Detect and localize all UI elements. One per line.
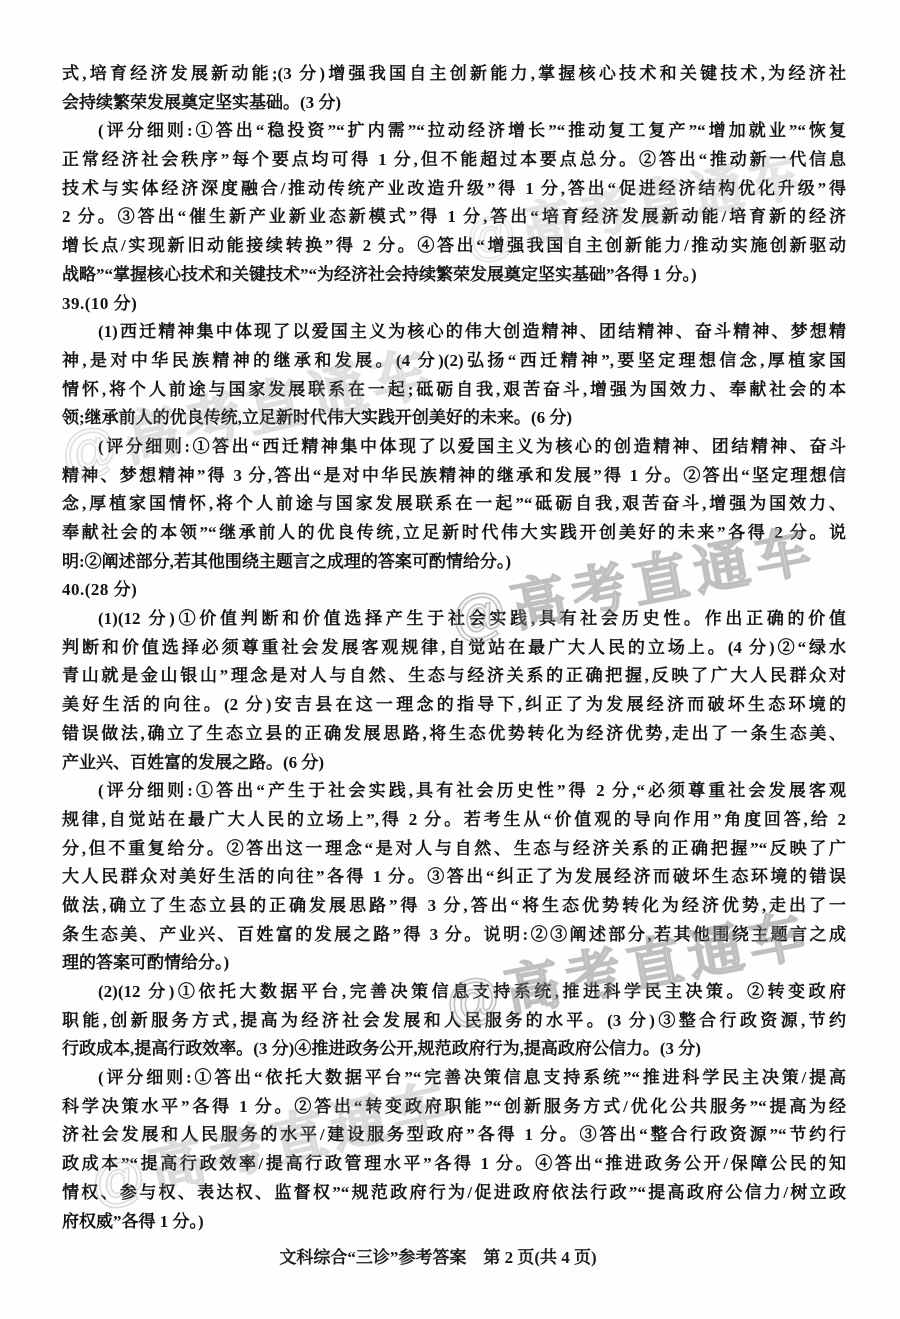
- answer-line: 判断和价值选择必须尊重社会发展客观规律,自觉站在最广大人民的立场上。(4 分)②…: [62, 634, 846, 663]
- answer-line: 情怀,将个人前途与国家发展联系在一起;砥砺自我,艰苦奋斗,增强为国效力、奉献社会…: [62, 376, 846, 405]
- answer-line: 行政成本,提高行政效率。(3 分)④推进政务公开,规范政府行为,提高政府公信力。…: [62, 1035, 846, 1064]
- scoring-rubric-line: 政成本”“提高行政效率/提高行政管理水平”各得 1 分。④答出“推进政务公开/保…: [62, 1150, 846, 1179]
- scoring-rubric-line: 战略”“掌握核心技术和关键技术”“为经济社会持续繁荣发展奠定坚实基础”各得 1 …: [62, 261, 846, 290]
- scoring-rubric-line: 大人民群众对美好生活的向往”各得 1 分。③答出“纠正了为发展经济而破坏生态环境…: [62, 863, 846, 892]
- scoring-rubric-line: (评分细则:①答出“依托大数据平台”“完善决策信息支持系统”“推进科学民主决策/…: [62, 1064, 846, 1093]
- scoring-rubric-line: 精神、梦想精神”得 3 分,答出“是对中华民族精神的继承和发展”得 1 分。②答…: [62, 462, 846, 491]
- answer-line: (1)(12 分)①价值判断和价值选择产生于社会实践,具有社会历史性。作出正确的…: [62, 605, 846, 634]
- scoring-rubric-line: 明:②阐述部分,若其他围绕主题言之成理的答案可酌情给分。): [62, 548, 846, 577]
- answer-line: 会持续繁荣发展奠定坚实基础。(3 分): [62, 89, 846, 118]
- scoring-rubric-line: 规律,自觉站在最广大人民的立场上”,得 2 分。若考生从“价值观的导向作用”角度…: [62, 806, 846, 835]
- scoring-rubric-line: (评分细则:①答出“产生于社会实践,具有社会历史性”得 2 分,“必须尊重社会发…: [62, 777, 846, 806]
- scoring-rubric-line: 奉献社会的本领”“继承前人的优良传统,立足新时代伟大实践开创美好的未来”各得 2…: [62, 519, 846, 548]
- answer-line: 职能,创新服务方式,提高为经济社会发展和人民服务的水平。(3 分)③整合行政资源…: [62, 1007, 846, 1036]
- answer-line: 美好生活的向往。(2 分)安吉县在这一理念的指导下,纠正了为发展经济而破坏生态环…: [62, 691, 846, 720]
- scoring-rubric-line: 分,但不重复给分。②答出这一理念“是对人与自然、生态与经济关系的正确把握”“反映…: [62, 835, 846, 864]
- scoring-rubric-line: 情权、参与权、表达权、监督权”“规范政府行为/促进政府依法行政”“提高政府公信力…: [62, 1179, 846, 1208]
- scoring-rubric-line: 做法,确立了生态立县的正确发展思路”得 3 分,答出“将生态优势转化为经济优势,…: [62, 892, 846, 921]
- scoring-rubric-line: (评分细则:①答出“稳投资”“扩内需”“拉动经济增长”“推动复工复产”“增加就业…: [62, 117, 846, 146]
- scoring-rubric-line: 技术与实体经济深度融合/推动传统产业改造升级”得 1 分,答出“促进经济结构优化…: [62, 175, 846, 204]
- scoring-rubric-line: 念,厚植家国情怀,将个人前途与国家发展联系在一起”“砥砺自我,艰苦奋斗,增强为国…: [62, 490, 846, 519]
- answer-line: 青山就是金山银山”理念是对人与自然、生态与经济关系的正确把握,反映了广大人民群众…: [62, 662, 846, 691]
- question-40-number: 40.(28 分): [62, 576, 846, 605]
- exam-answer-page: 式,培育经济发展新动能;(3 分)增强我国自主创新能力,掌握核心技术和关键技术,…: [0, 0, 900, 1319]
- scoring-rubric-line: 济社会发展和人民服务的水平/建设服务型政府”各得 1 分。③答出“整合行政资源”…: [62, 1121, 846, 1150]
- answer-line: 领;继承前人的优良传统,立足新时代伟大实践开创美好的未来。(6 分): [62, 404, 846, 433]
- answer-line: 神,是对中华民族精神的继承和发展。(4 分)(2)弘扬“西迁精神”,要坚定理想信…: [62, 347, 846, 376]
- page-footer: 文科综合“三诊”参考答案 第 2 页(共 4 页): [0, 1243, 888, 1268]
- scoring-rubric-line: 理的答案可酌情给分。): [62, 949, 846, 978]
- scoring-rubric-line: 增长点/实现新旧动能接续转换”得 2 分。④答出“增强我国自主创新能力/推动实施…: [62, 232, 846, 261]
- answer-line: 产业兴、百姓富的发展之路。(6 分): [62, 749, 846, 778]
- scoring-rubric-line: 2 分。③答出“催生新产业新业态新模式”得 1 分,答出“培育经济发展新动能/培…: [62, 203, 846, 232]
- answer-line: 错误做法,确立了生态立县的正确发展思路,将生态优势转化为经济优势,走出了一条生态…: [62, 720, 846, 749]
- question-39-number: 39.(10 分): [62, 290, 846, 319]
- answer-line: (1)西迁精神集中体现了以爱国主义为核心的伟大创造精神、团结精神、奋斗精神、梦想…: [62, 318, 846, 347]
- scoring-rubric-line: 府权威”各得 1 分。): [62, 1208, 846, 1237]
- answer-text-block: 式,培育经济发展新动能;(3 分)增强我国自主创新能力,掌握核心技术和关键技术,…: [62, 60, 846, 1236]
- scoring-rubric-line: 正常经济社会秩序”每个要点均可得 1 分,但不能超过本要点总分。②答出“推动新一…: [62, 146, 846, 175]
- scoring-rubric-line: (评分细则:①答出“西迁精神集中体现了以爱国主义为核心的创造精神、团结精神、奋斗: [62, 433, 846, 462]
- answer-line: 式,培育经济发展新动能;(3 分)增强我国自主创新能力,掌握核心技术和关键技术,…: [62, 60, 846, 89]
- scoring-rubric-line: 条生态美、产业兴、百姓富的发展之路”得 3 分。说明:②③阐述部分,若其他围绕主…: [62, 921, 846, 950]
- answer-line: (2)(12 分)①依托大数据平台,完善决策信息支持系统,推进科学民主决策。②转…: [62, 978, 846, 1007]
- scoring-rubric-line: 科学决策水平”各得 1 分。②答出“转变政府职能”“创新服务方式/优化公共服务”…: [62, 1093, 846, 1122]
